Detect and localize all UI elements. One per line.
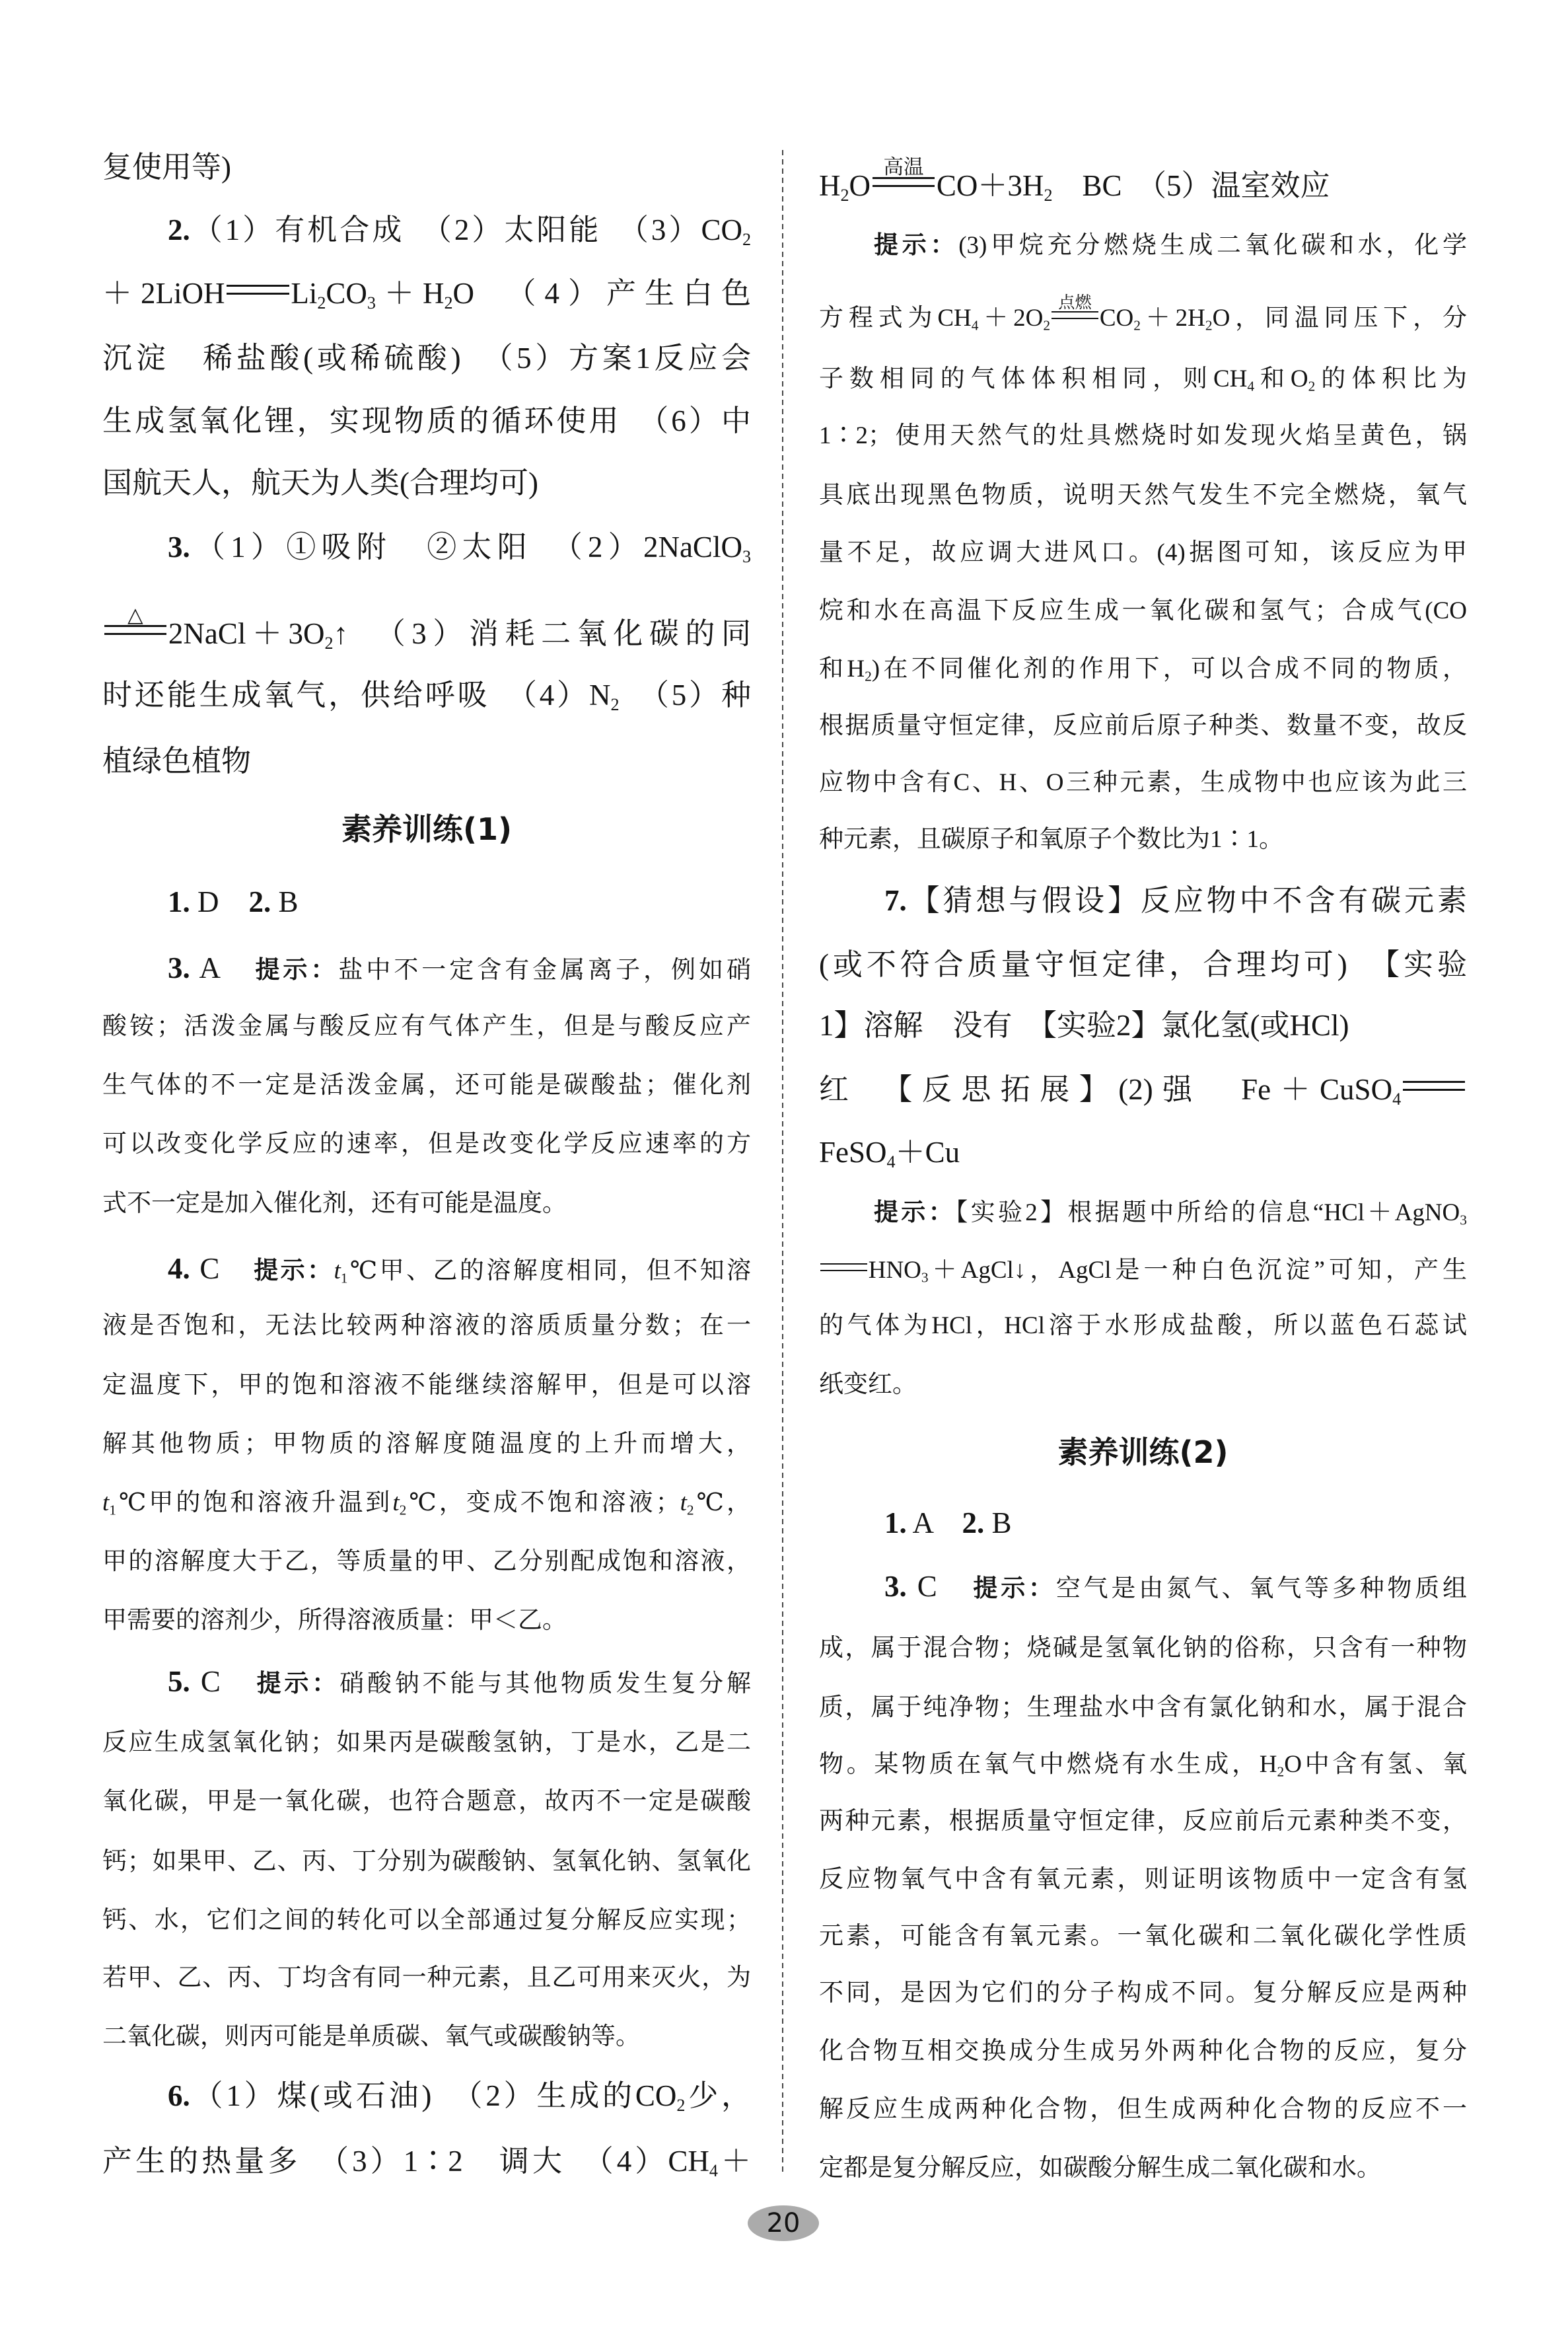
hint-line-q3: 3. C 提示：空气是由氮气、氧气等多种物质组 (819, 1570, 1467, 1603)
hint-line: HNO3＋AgCl↓，AgCl是一种白色沉淀”可知，产生 (819, 1254, 1467, 1287)
answer-line: 时还能生成氧气，供给呼吸 （4）N2 （5）种 (102, 675, 751, 715)
question-number: 2. (962, 1506, 985, 1539)
hint-line: 酸铵；活泼金属与酸反应有气体产生，但是与酸反应产 (102, 1010, 751, 1043)
page-number-badge: 20 (748, 2205, 819, 2241)
reaction-equals-sign: 高温 (873, 177, 935, 188)
reaction-equals-sign: 点燃 (1051, 311, 1098, 319)
hint-line: 和H2)在不同催化剂的作用下，可以合成不同的物质， (819, 653, 1467, 686)
hint-line: 生气体的不一定是活泼金属，还可能是碳酸盐；催化剂 (102, 1069, 751, 1102)
subscript: 2 (1277, 1763, 1284, 1779)
answer-line-q2: 2.（1）有机合成 （2）太阳能 （3）CO2 (102, 210, 751, 250)
hint-line: 甲的溶解度大于乙，等质量的甲、乙分别配成饱和溶液， (102, 1545, 751, 1578)
subscript: 2 (1043, 317, 1050, 333)
subscript: 3 (367, 293, 376, 313)
answer-line-q7: 7.【猜想与假设】反应物中不含有碳元素 (819, 881, 1467, 920)
hint-line: 解其他物质；甲物质的溶解度随温度的上升而增大， (102, 1428, 751, 1461)
answer-choice: C (190, 1252, 254, 1285)
hint-line: 两种元素，根据质量守恒定律，反应前后元素种类不变， (819, 1805, 1467, 1838)
subscript: 2 (1133, 317, 1141, 333)
hint-line: 元素，可能含有氧元素。一氧化碳和二氧化碳化学性质 (819, 1920, 1467, 1953)
italic-variable: t (392, 1489, 399, 1516)
hint-line: 具底出现黑色物质，说明天然气发生不完全燃烧，氧气 (819, 479, 1467, 512)
hint-line: 不同，是因为它们的分子构成不同。复分解反应是两种 (819, 1977, 1467, 2010)
hint-label: 提示： (973, 1574, 1055, 1602)
question-number: 7. (884, 884, 907, 917)
hint-line: 若甲、乙、丙、丁均含有同一种元素，且乙可用来灭火，为 (102, 1962, 751, 1995)
hint-line: 成，属于混合物；烧碱是氢氧化钠的俗称，只含有一种物 (819, 1632, 1467, 1665)
hint-line: 化合物互相交换成分生成另外两种化合物的反应，复分 (819, 2035, 1467, 2068)
hint-line: 反应物氧气中含有氧元素，则证明该物质中一定含有氢 (819, 1863, 1467, 1896)
hint-label: 提示： (255, 955, 338, 984)
subscript: 2 (841, 186, 849, 205)
question-number: 2. (168, 213, 190, 246)
answer-line: 1】溶解 没有 【实验2】氯化氢(或HCl) (819, 1006, 1467, 1045)
italic-variable: t (334, 1257, 340, 1284)
subscript: 2 (1044, 186, 1052, 205)
italic-variable: t (102, 1489, 109, 1516)
subscript: 2 (687, 1502, 694, 1518)
reaction-equals-sign: △ (104, 625, 167, 636)
section-title: 素养训练(1) (102, 809, 751, 849)
hint-line: 反应生成氢氧化钠；如果丙是碳酸氢钠，丁是水，乙是二 (102, 1726, 751, 1759)
hint-line: 质，属于纯净物；生理盐水中含有氯化钠和水，属于混合 (819, 1691, 1467, 1724)
question-number: 3. (884, 1570, 907, 1603)
hint-label: 提示： (874, 1198, 956, 1226)
hint-line-q5: 5. C 提示：硝酸钠不能与其他物质发生复分解 (102, 1665, 751, 1698)
question-number: 6. (168, 2079, 190, 2112)
answer-line: △2NaCl＋3O2↑ （3）消耗二氧化碳的同 (102, 614, 751, 653)
reaction-condition: 高温 (883, 157, 923, 178)
subscript: 2 (325, 634, 334, 653)
subscript: 2 (1308, 378, 1316, 394)
subscript: 2 (400, 1502, 407, 1518)
subscript: 2 (1205, 317, 1213, 333)
question-number: 1. (168, 885, 190, 918)
answer-line: FeSO4＋Cu (819, 1132, 1467, 1172)
answer-choice: C (190, 1665, 257, 1698)
answer-line: 产生的热量多 （3）1∶2 调大 （4）CH4＋ (102, 2141, 751, 2181)
hint-line: 方程式为CH4＋2O2点燃CO2＋2H2O，同温同压下，分 (819, 302, 1467, 335)
question-number: 1. (884, 1506, 907, 1539)
hint-line: 液是否饱和，无法比较两种溶液的溶质质量分数；在一 (102, 1310, 751, 1343)
hint-line: 解反应生成两种化合物，但生成两种化合物的反应不一 (819, 2093, 1467, 2126)
right-column: H2O高温CO＋3H2 BC （5）温室效应 提示：(3)甲烷充分燃烧生成二氧化… (819, 0, 1467, 2325)
hint-line: 根据质量守恒定律，反应前后原子种类、数量不变，故反 (819, 710, 1467, 743)
answer-line: 沉淀 稀盐酸(或稀硫酸) （5）方案1反应会 (102, 338, 751, 378)
subscript: 1 (341, 1270, 348, 1286)
section-title: 素养训练(2) (819, 1432, 1467, 1472)
hint-line-q4: 4. C 提示：t1℃甲、乙的溶解度相同，但不知溶 (102, 1252, 751, 1285)
subscript: 4 (709, 2161, 718, 2180)
hint-line: 量不足，故应调大进风口。(4)据图可知，该反应为甲 (819, 536, 1467, 570)
subscript: 2 (865, 668, 872, 684)
reaction-equals-sign (1403, 1081, 1466, 1091)
question-number: 2. (249, 885, 271, 918)
subscript: 2 (317, 293, 326, 313)
subscript: 2 (444, 293, 452, 313)
left-column: 复使用等) 2.（1）有机合成 （2）太阳能 （3）CO2 ＋2LiOHLi2C… (102, 0, 751, 2325)
subscript: 4 (1247, 378, 1254, 394)
hint-line-q6: 提示：(3)甲烷充分燃烧生成二氧化碳和水，化学 (819, 229, 1467, 262)
hint-line: 定温度下，甲的饱和溶液不能继续溶解甲，但是可以溶 (102, 1369, 751, 1402)
answer-choice: A (190, 951, 256, 984)
answer-line: (或不符合质量守恒定律，合理均可) 【实验 (819, 945, 1467, 984)
answer-line: 植绿色植物 (102, 741, 751, 781)
subscript: 4 (1392, 1089, 1401, 1109)
hint-label: 提示： (874, 231, 958, 259)
subscript: 1 (109, 1502, 116, 1518)
hint-line: 钙；如果甲、乙、丙、丁分别为碳酸钠、氢氧化钠、氢氧化 (102, 1845, 751, 1878)
hint-line: 定都是复分解反应，如碳酸分解生成二氧化碳和水。 (819, 2152, 1467, 2185)
answer-line: 红 【反思拓展】(2)强 Fe＋CuSO4 (819, 1070, 1467, 1109)
hint-line: 1∶2；使用天然气的灶具燃烧时如发现火焰呈黄色，锅 (819, 420, 1467, 453)
hint-line: 烷和水在高温下反应生成一氧化碳和氢气；合成气(CO (819, 595, 1467, 628)
answer-line-q6: 6.（1）煤(或石油) （2）生成的CO2少， (102, 2076, 751, 2116)
reaction-equals-sign (227, 285, 289, 295)
hint-line-q3: 3. A 提示：盐中不一定含有金属离子，例如硝 (102, 951, 751, 984)
question-number: 3. (168, 531, 190, 564)
answer-line: 国航天人，航天为人类(合理均可) (102, 463, 751, 503)
answer-choice: C (907, 1570, 974, 1603)
answer-line: 生成氢氧化锂，实现物质的循环使用 （6）中 (102, 401, 751, 441)
hint-line: 钙、水，它们之间的转化可以全部通过复分解反应实现； (102, 1904, 751, 1937)
hint-label: 提示： (257, 1669, 340, 1697)
italic-variable: t (680, 1489, 687, 1516)
answer-line-q1-q2: 1. D 2. B (102, 882, 751, 922)
hint-line: 甲需要的溶剂少，所得溶液质量：甲＜乙。 (102, 1604, 751, 1637)
hint-line: 物。某物质在氧气中燃烧有水生成，H2O中含有氢、氧 (819, 1748, 1467, 1781)
answer-line-q1-q2: 1. A 2. B (819, 1503, 1467, 1543)
hint-line-q7: 提示：【实验2】根据题中所给的信息“HCl＋AgNO3 (819, 1196, 1467, 1229)
hint-line: 氧化碳，甲是一氧化碳，也符合题意，故丙不一定是碳酸 (102, 1785, 751, 1818)
reaction-equals-sign (820, 1263, 867, 1271)
subscript: 4 (887, 1152, 896, 1171)
hint-line: 的气体为HCl，HCl溶于水形成盐酸，所以蓝色石蕊试 (819, 1310, 1467, 1343)
subscript: 4 (972, 317, 979, 333)
subscript: 2 (611, 695, 620, 714)
reaction-condition: 点燃 (1058, 295, 1091, 311)
hint-line: 种元素，且碳原子和氧原子个数比为1∶1。 (819, 823, 1467, 856)
question-number: 4. (168, 1252, 190, 1285)
hint-line: t1℃甲的饱和溶液升温到t2℃，变成不饱和溶液；t2℃， (102, 1487, 751, 1520)
answer-line: H2O高温CO＋3H2 BC （5）温室效应 (819, 166, 1467, 205)
subscript: 2 (742, 230, 751, 249)
hint-line: 子数相同的气体体积相同，则CH4和O2的体积比为 (819, 363, 1467, 396)
answer-line-q3: 3.（1）①吸附 ②太阳 （2）2NaClO3 (102, 527, 751, 567)
subscript: 2 (676, 2096, 685, 2115)
answer-line: 复使用等) (102, 147, 751, 187)
hint-line: 应物中含有C、H、O三种元素，生成物中也应该为此三 (819, 766, 1467, 799)
subscript: 3 (921, 1269, 929, 1285)
question-number: 5. (168, 1665, 190, 1698)
reaction-condition: △ (127, 605, 143, 626)
subscript: 3 (742, 547, 751, 566)
column-divider (782, 150, 783, 2175)
hint-line: 二氧化碳，则丙可能是单质碳、氧气或碳酸钠等。 (102, 2020, 751, 2053)
hint-line: 纸变红。 (819, 1368, 1467, 1401)
hint-line: 可以改变化学反应的速率，但是改变化学反应速率的方 (102, 1128, 751, 1161)
question-number: 3. (168, 951, 190, 984)
answer-line: ＋2LiOHLi2CO3＋H2O （4）产生白色 (102, 274, 751, 313)
subscript: 3 (1460, 1212, 1467, 1228)
hint-line: 式不一定是加入催化剂，还有可能是温度。 (102, 1187, 751, 1220)
hint-label: 提示： (254, 1256, 334, 1284)
